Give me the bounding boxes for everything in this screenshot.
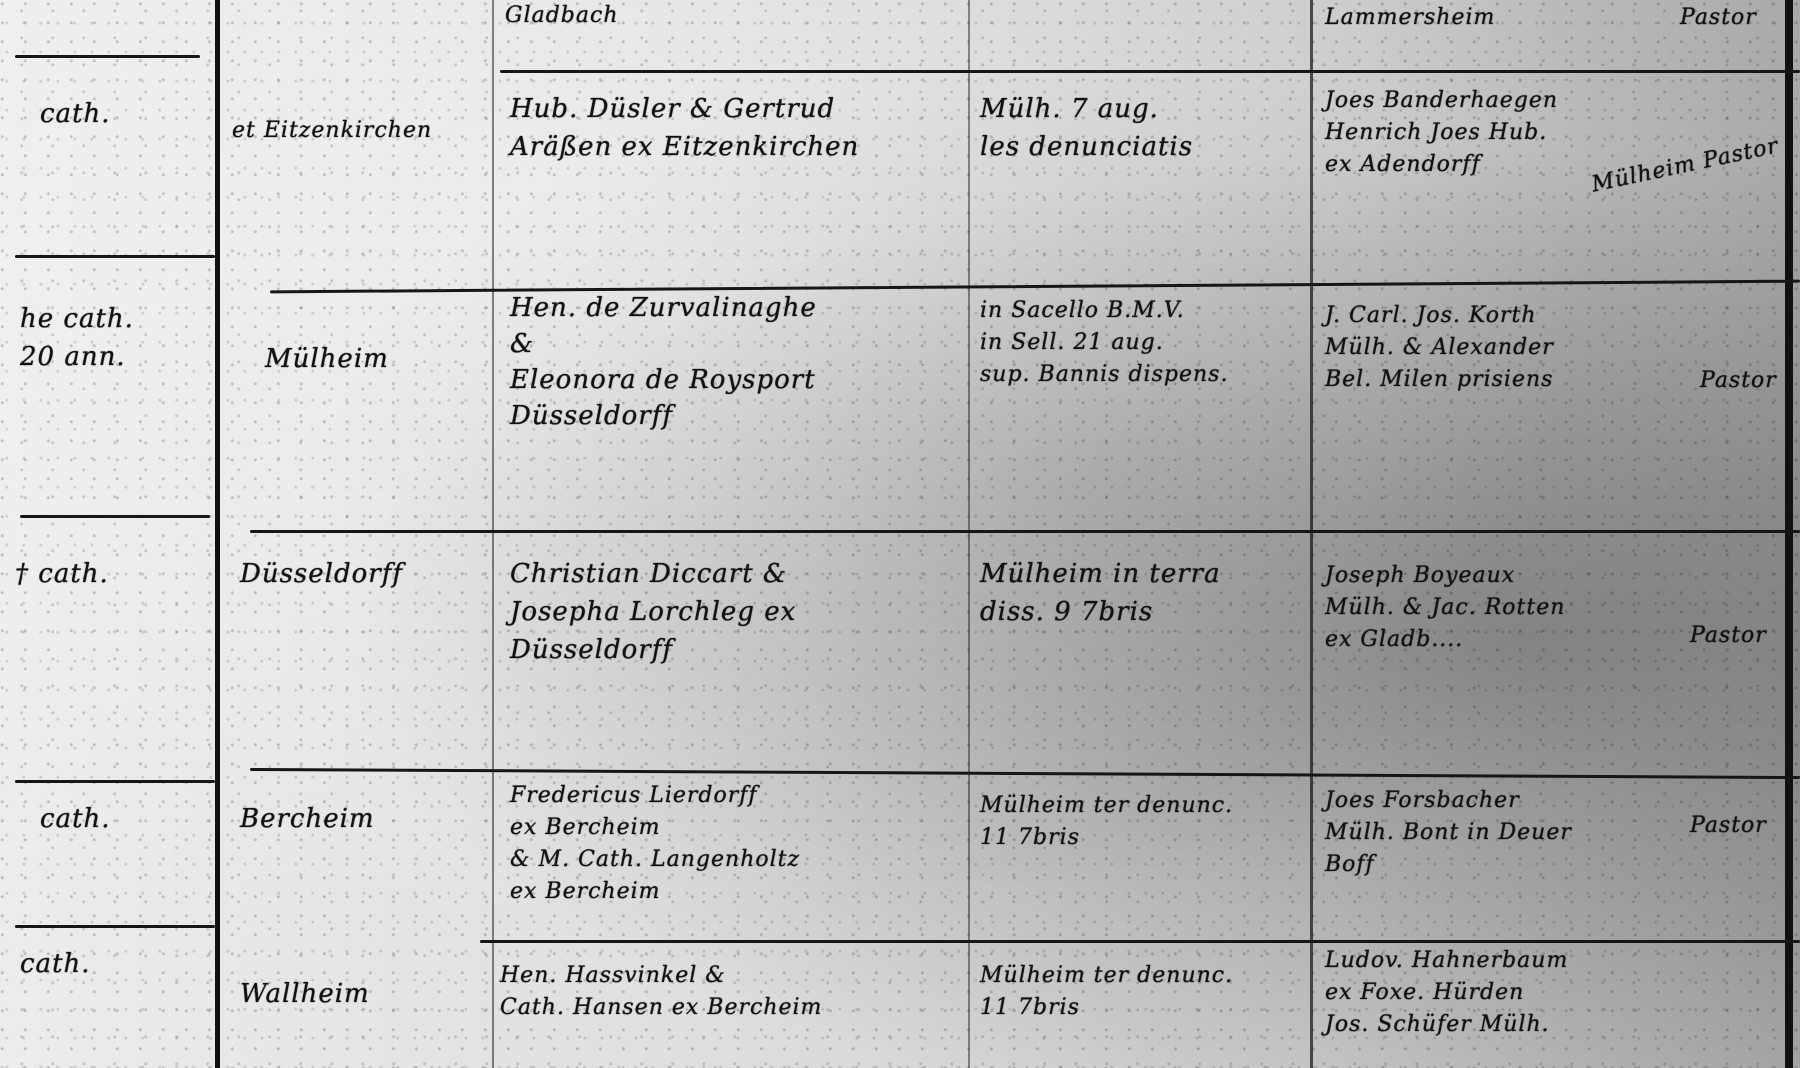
row-rule-2b (250, 530, 1800, 533)
row-rule-2 (20, 515, 210, 518)
row5-religion: cath. (20, 945, 91, 983)
row3-date: Mülheim in terra diss. 9 7bris (980, 555, 1221, 631)
row1-religion: cath. (40, 95, 111, 133)
column-rule-3 (968, 0, 970, 1068)
column-rule-2 (492, 0, 494, 1068)
row1-date: Mülh. 7 aug. les denunciatis (980, 90, 1193, 166)
row4-religion: cath. (40, 800, 111, 838)
row3-witnesses: Joseph Boyeaux Mülh. & Jac. Rotten ex Gl… (1325, 560, 1565, 656)
row4-date: Mülheim ter denunc. 11 7bris (980, 790, 1233, 854)
top-place: Gladbach (505, 0, 619, 32)
row3-place: Düsseldorff (240, 555, 403, 593)
row2-date: in Sacello B.M.V. in Sell. 21 aug. sup. … (980, 295, 1228, 391)
row4-names: Fredericus Lierdorff ex Bercheim & M. Ca… (510, 780, 800, 908)
row4-remarks: Pastor (1690, 810, 1767, 842)
row-rule-4b (480, 940, 1800, 943)
row-rule-4 (15, 925, 215, 928)
row5-names: Hen. Hassvinkel & Cath. Hansen ex Berche… (500, 960, 822, 1024)
top-witnesses: Lammersheim (1325, 2, 1495, 34)
row5-witnesses: Ludov. Hahnerbaum ex Foxe. Hürden Jos. S… (1325, 945, 1568, 1041)
register-page: Gladbach Lammersheim Pastor cath. et Eit… (0, 0, 1800, 1068)
row2-religion: he cath. 20 ann. (20, 300, 134, 376)
row-rule-0b (500, 70, 1800, 73)
top-remarks: Pastor (1680, 2, 1757, 34)
row1-place: et Eitzenkirchen (232, 115, 432, 147)
row2-place: Mülheim (265, 340, 389, 378)
row4-place: Bercheim (240, 800, 375, 838)
row2-remarks: Pastor (1700, 365, 1777, 397)
row5-date: Mülheim ter denunc. 11 7bris (980, 960, 1233, 1024)
row3-religion: † cath. (15, 555, 109, 593)
row5-place: Wallheim (240, 975, 370, 1013)
column-rule-1 (215, 0, 220, 1068)
row3-names: Christian Diccart & Josepha Lorchleg ex … (510, 555, 796, 669)
row1-names: Hub. Düsler & Gertrud Aräßen ex Eitzenki… (510, 90, 859, 166)
row1-witnesses: Joes Banderhaegen Henrich Joes Hub. ex A… (1325, 85, 1558, 181)
row-rule-3 (15, 780, 215, 783)
column-rule-4 (1310, 0, 1313, 1068)
row4-witnesses: Joes Forsbacher Mülh. Bont in Deuer Boff (1325, 785, 1572, 881)
row-rule-1 (15, 255, 215, 258)
row2-witnesses: J. Carl. Jos. Korth Mülh. & Alexander Be… (1325, 300, 1554, 396)
row2-names: Hen. de Zurvalinaghe & Eleonora de Roysp… (510, 290, 817, 434)
row3-remarks: Pastor (1690, 620, 1767, 652)
row-rule-0 (15, 55, 200, 58)
column-rule-5 (1785, 0, 1793, 1068)
